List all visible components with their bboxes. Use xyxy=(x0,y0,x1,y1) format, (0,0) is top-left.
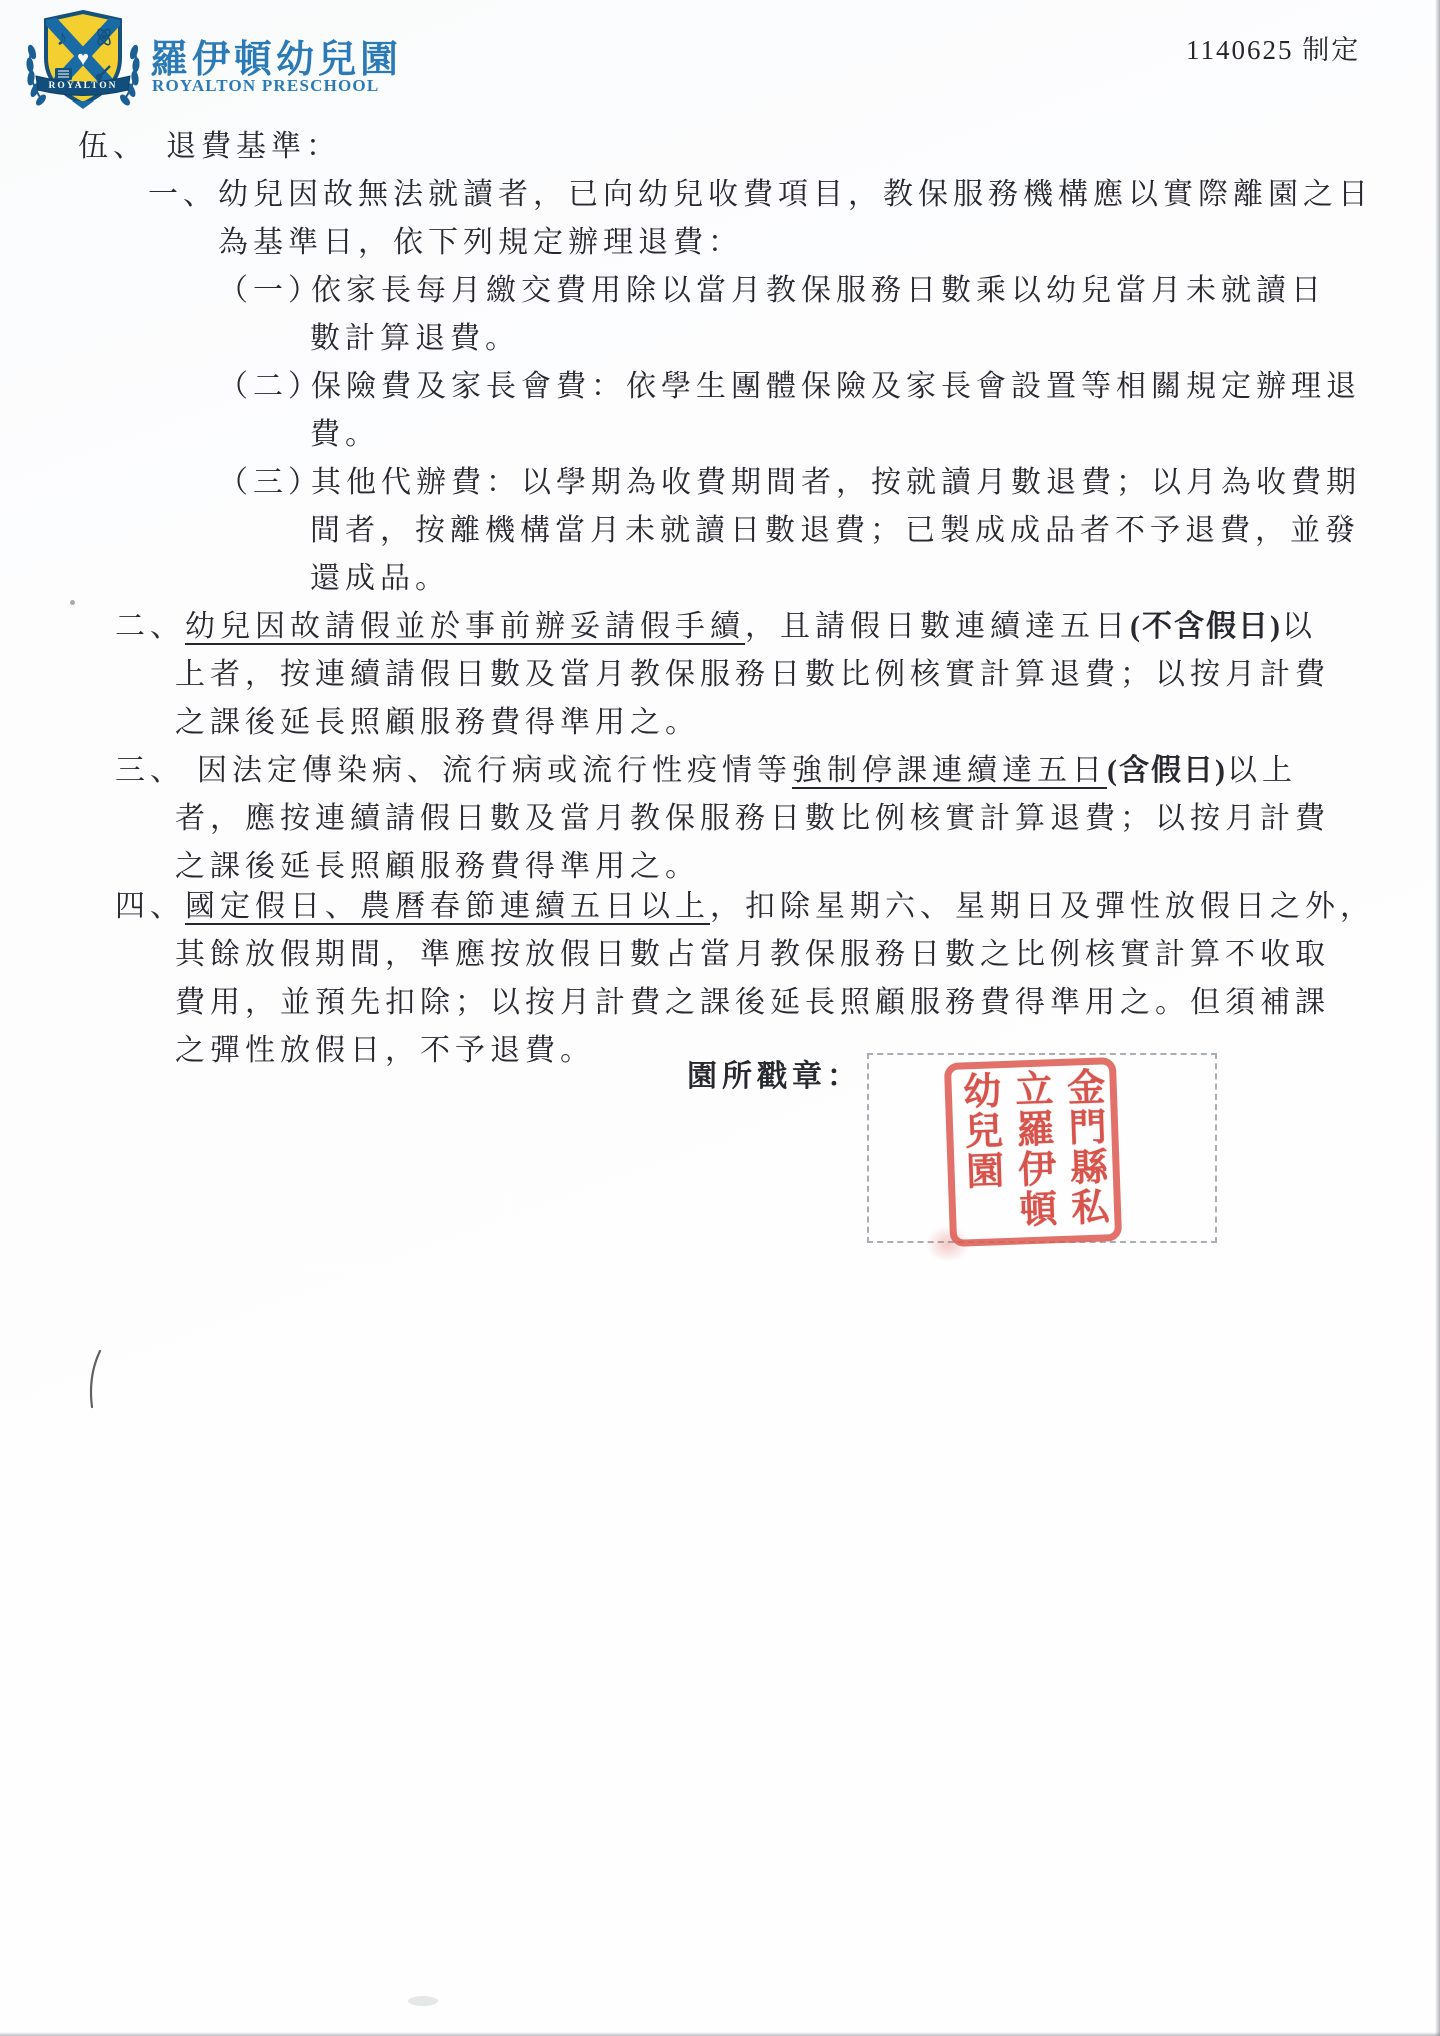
scan-dot-artifact xyxy=(70,600,75,605)
item1-text2: 為基準日，依下列規定辦理退費： xyxy=(218,226,743,259)
sub3-text2: 間者，按離機構當月未就讀日數退費；已製成成品者不予退費，並發 xyxy=(310,514,1360,547)
sub3-line1: （三）其他代辦費：以學期為收費期間者，按就讀月數退費；以月為收費期 xyxy=(218,464,1361,502)
item3-paren: (含假日) xyxy=(1107,754,1227,787)
item4-line4: 之彈性放假日，不予退費。 xyxy=(175,1032,595,1070)
scan-edge-bottom xyxy=(0,2032,1440,2036)
item2-text3: 之課後延長照顧服務費得準用之。 xyxy=(175,706,700,739)
item3-line2: 者，應按連續請假日數及當月教保服務日數比例核實計算退費；以按月計費 xyxy=(175,800,1330,838)
item1-line1: 一、幼兒因故無法就讀者，已向幼兒收費項目，教保服務機構應以實際離園之日 xyxy=(148,176,1373,214)
sub3-label: （三） xyxy=(218,466,323,499)
sub3-text3: 還成品。 xyxy=(310,562,450,595)
preschool-name-zh: 羅伊頓幼兒園 xyxy=(150,28,402,83)
item4-text2: 其餘放假期間，準應按放假日數占當月教保服務日數之比例核實計算不收取 xyxy=(175,938,1330,971)
sub1-label: （一） xyxy=(218,274,323,307)
item4-tail: ，扣除星期六、星期日及彈性放假日之外， xyxy=(710,890,1375,923)
item4-underlined: 國定假日、農曆春節連續五日以上 xyxy=(185,890,710,923)
preschool-name-en: ROYALTON PRESCHOOL xyxy=(152,76,379,96)
item3-line3: 之課後延長照顧服務費得準用之。 xyxy=(175,848,700,886)
sub3-line3: 還成品。 xyxy=(310,560,450,598)
item2-mid: ，且請假日數連續達五日 xyxy=(745,610,1130,643)
heart-icon: ♥ xyxy=(77,48,89,70)
item3-pre: 因法定傳染病、流行病或流行性疫情等 xyxy=(197,754,792,787)
item1-line2: 為基準日，依下列規定辦理退費： xyxy=(218,224,743,262)
item2-label: 二、 xyxy=(115,610,185,643)
item4-line3: 費用，並預先扣除；以按月計費之課後延長照顧服務費得準用之。但須補課 xyxy=(175,984,1330,1022)
item3-underlined: 強制停課連續達五日 xyxy=(792,754,1107,787)
sub2-text2: 費。 xyxy=(310,418,380,451)
section-title: 退費基準： xyxy=(166,130,341,163)
shield-tip xyxy=(72,101,94,109)
item2-line2: 上者，按連續請假日數及當月教保服務日數比例核實計算退費；以按月計費 xyxy=(175,656,1330,694)
stamp-label: 園所戳章： xyxy=(687,1058,862,1096)
music-note-icon: ♪ xyxy=(57,25,68,50)
preschool-logo: ♪ ♥ ROYALTON xyxy=(22,8,144,110)
sub2-line1: （二）保險費及家長會費：依學生團體保險及家長會設置等相關規定辦理退 xyxy=(218,368,1361,406)
sub2-text1: 保險費及家長會費：依學生團體保險及家長會設置等相關規定辦理退 xyxy=(311,370,1361,403)
seal-text: 金門縣私立羅伊頓幼兒園 xyxy=(951,1066,1113,1233)
scan-smudge-artifact xyxy=(408,1996,438,2006)
item3-line1: 三、因法定傳染病、流行病或流行性疫情等強制停課連續達五日(含假日)以上 xyxy=(115,752,1297,790)
item3-text3: 之課後延長照顧服務費得準用之。 xyxy=(175,850,700,883)
document-number: 1140625 制定 xyxy=(1186,28,1360,67)
item2-tail: 以 xyxy=(1282,610,1317,643)
book-icon xyxy=(55,68,72,80)
sub3-line2: 間者，按離機構當月未就讀日數退費；已製成成品者不予退費，並發 xyxy=(310,512,1360,550)
sub1-line2: 數計算退費。 xyxy=(310,320,520,358)
item4-label: 四、 xyxy=(115,890,185,923)
sub1-text1: 依家長每月繳交費用除以當月教保服務日數乘以幼兒當月未就讀日 xyxy=(311,274,1326,307)
item4-line1: 四、國定假日、農曆春節連續五日以上，扣除星期六、星期日及彈性放假日之外， xyxy=(115,888,1375,926)
item3-text2: 者，應按連續請假日數及當月教保服務日數比例核實計算退費；以按月計費 xyxy=(175,802,1330,835)
section-heading: 伍、退費基準： xyxy=(78,128,341,166)
item4-text3: 費用，並預先扣除；以按月計費之課後延長照顧服務費得準用之。但須補課 xyxy=(175,986,1330,1019)
item4-text4: 之彈性放假日，不予退費。 xyxy=(175,1034,595,1067)
item2-underlined: 幼兒因故請假並於事前辦妥請假手續 xyxy=(185,610,745,643)
item1-label: 一、 xyxy=(148,178,218,211)
preschool-seal-stamp: 金門縣私立羅伊頓幼兒園 xyxy=(944,1057,1122,1247)
pen-stroke-artifact xyxy=(84,1348,106,1410)
item1-text1: 幼兒因故無法就讀者，已向幼兒收費項目，教保服務機構應以實際離園之日 xyxy=(218,178,1373,211)
scan-edge-right xyxy=(1435,0,1440,2036)
section-number: 伍、 xyxy=(78,130,148,163)
scanned-document-page: ♪ ♥ ROYALTON 羅伊頓幼兒園 ROYALTON PRESCHOOL 1… xyxy=(0,0,1440,2036)
sub1-text2: 數計算退費。 xyxy=(310,322,520,355)
sub3-text1: 其他代辦費：以學期為收費期間者，按就讀月數退費；以月為收費期 xyxy=(311,466,1361,499)
item2-line3: 之課後延長照顧服務費得準用之。 xyxy=(175,704,700,742)
item2-paren: (不含假日) xyxy=(1130,610,1282,643)
seal-ink-smudge xyxy=(926,1226,970,1262)
sub2-line2: 費。 xyxy=(310,416,380,454)
banner-text: ROYALTON xyxy=(49,81,118,91)
item2-text2: 上者，按連續請假日數及當月教保服務日數比例核實計算退費；以按月計費 xyxy=(175,658,1330,691)
item4-line2: 其餘放假期間，準應按放假日數占當月教保服務日數之比例核實計算不收取 xyxy=(175,936,1330,974)
item2-line1: 二、幼兒因故請假並於事前辦妥請假手續，且請假日數連續達五日(不含假日)以 xyxy=(115,608,1317,646)
sub1-line1: （一）依家長每月繳交費用除以當月教保服務日數乘以幼兒當月未就讀日 xyxy=(218,272,1326,310)
sub2-label: （二） xyxy=(218,370,323,403)
item3-tail: 以上 xyxy=(1227,754,1297,787)
item3-label: 三、 xyxy=(115,754,185,787)
